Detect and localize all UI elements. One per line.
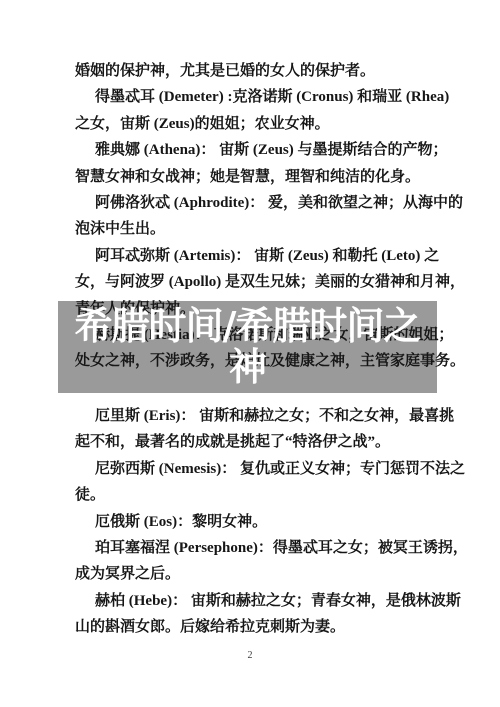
- overlay-title-line2: 神: [58, 347, 437, 388]
- page-number: 2: [0, 650, 500, 661]
- text-line: 阿耳忒弥斯 (Artemis)： 宙斯 (Zeus) 和勒托 (Leto) 之: [75, 243, 437, 269]
- text-line: 厄里斯 (Eris)： 宙斯和赫拉之女；不和之女神，最喜挑: [75, 403, 437, 429]
- text-line: 阿佛洛狄忒 (Aphrodite)： 爱，美和欲望之神；从海中的: [75, 190, 437, 216]
- text-line: 赫柏 (Hebe)： 宙斯和赫拉之女；青春女神，是俄林波斯: [75, 588, 437, 614]
- text-line: 得墨忒耳 (Demeter) :克洛诺斯 (Cronus) 和瑞亚 (Rhea): [75, 84, 437, 110]
- text-line: 珀耳塞福涅 (Persephone)：得墨忒耳之女；被冥王诱拐，: [75, 535, 437, 561]
- text-line: 泡沫中生出。: [75, 216, 437, 242]
- overlay-title: 希腊时间/希腊时间之 神: [58, 306, 437, 388]
- text-line: 尼弥西斯 (Nemesis)： 复仇或正义女神；专门惩罚不法之: [75, 456, 437, 482]
- text-line: 厄俄斯 (Eos)：黎明女神。: [75, 509, 437, 535]
- overlay-title-line1: 希腊时间/希腊时间之: [58, 306, 437, 347]
- text-line: 雅典娜 (Athena)： 宙斯 (Zeus) 与墨提斯结合的产物；: [75, 137, 437, 163]
- text-line: 智慧女神和女战神；她是智慧，理智和纯洁的化身。: [75, 164, 437, 190]
- text-line: 徒。: [75, 482, 437, 508]
- text-line: 女，与阿波罗 (Apollo) 是双生兄妹；美丽的女猎神和月神，: [75, 269, 437, 295]
- text-line: 起不和，最著名的成就是挑起了“特洛伊之战”。: [75, 429, 437, 455]
- text-line: 之女，宙斯 (Zeus)的姐姐；农业女神。: [75, 111, 437, 137]
- text-line: 婚姻的保护神，尤其是已婚的女人的保护者。: [75, 58, 437, 84]
- text-line: 山的斟酒女郎。后嫁给希拉克刺斯为妻。: [75, 614, 437, 640]
- document-page: 婚姻的保护神，尤其是已婚的女人的保护者。 得墨忒耳 (Demeter) :克洛诺…: [0, 0, 500, 707]
- text-line: 成为冥界之后。: [75, 561, 437, 587]
